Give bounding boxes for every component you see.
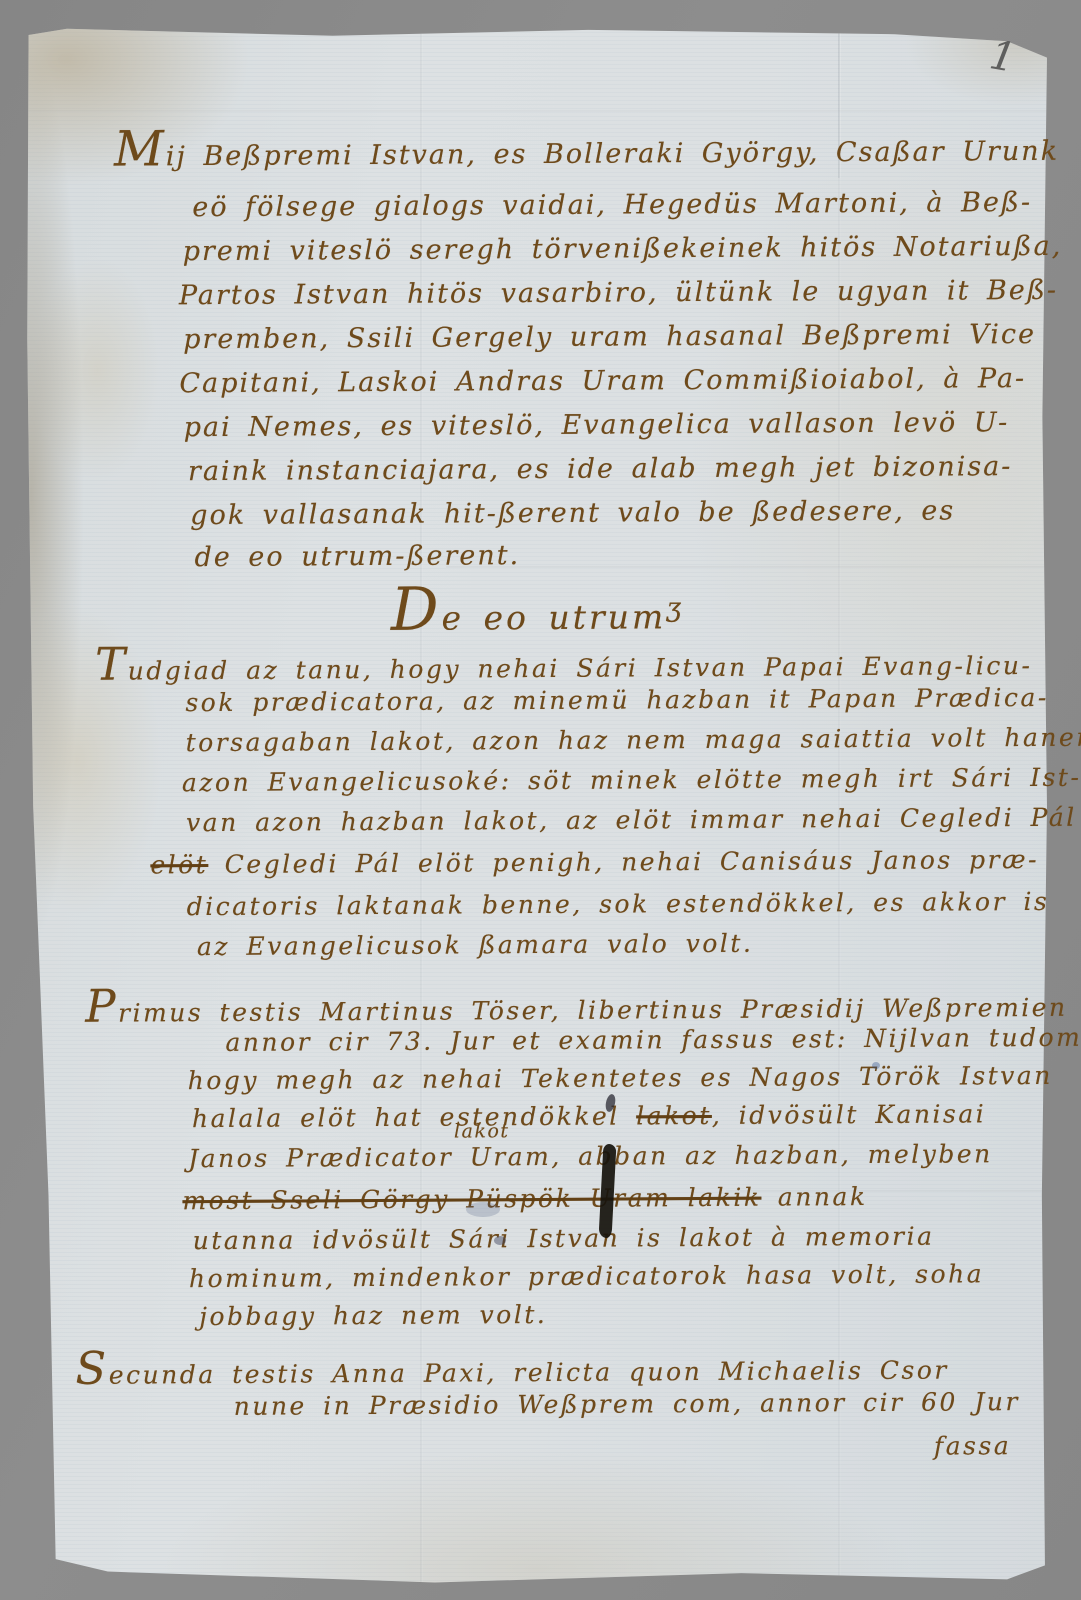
struck-text: elöt xyxy=(150,850,208,879)
heading-flourish: ʒ xyxy=(666,592,684,623)
line-text: jobbagy haz nem volt. xyxy=(199,1300,547,1331)
line-text: halala elöt hat estendökkel xyxy=(192,1101,636,1133)
manuscript-line: hogy megh az nehai Tekentetes es Nagos T… xyxy=(188,1063,1053,1093)
manuscript-line: most Sseli Görgy Püspök Uram lakik annak xyxy=(182,1184,867,1213)
manuscript-line: hominum, mindenkor prædicatorok hasa vol… xyxy=(189,1261,984,1291)
manuscript-line: gok vallasanak hit-ßerent valo be ßedese… xyxy=(190,497,955,529)
manuscript-line: fassa xyxy=(934,1433,1011,1458)
line-text: de eo utrum-ßerent. xyxy=(194,540,520,573)
manuscript-line: de eo utrum-ßerent. xyxy=(194,542,520,571)
manuscript-line: Partos Istvan hitös vasarbiro, ültünk le… xyxy=(179,277,1058,309)
line-text: sok prædicatora, az minemü hazban it Pap… xyxy=(185,683,1049,717)
line-text: van azon hazban lakot, az elöt immar neh… xyxy=(186,803,1077,837)
manuscript-line: utanna idvösült Sári Istvan is lakot à m… xyxy=(193,1224,935,1254)
manuscript-line: Primus testis Martinus Töser, libertinus… xyxy=(85,983,1068,1026)
line-text: Primus testis Martinus Töser, libertinus… xyxy=(85,993,1068,1028)
struck-text: most Sseli Görgy Püspök Uram lakik xyxy=(182,1183,761,1216)
manuscript-line: Mij Beßpremi Istvan, es Bolleraki György… xyxy=(114,125,1059,171)
interlinear-insertion: lakot xyxy=(454,1122,510,1141)
line-text: fassa xyxy=(934,1431,1011,1460)
line-text: Tudgiad az tanu, hogy nehai Sári Istvan … xyxy=(95,651,1032,686)
manuscript-line: torsagaban lakot, azon haz nem maga saia… xyxy=(186,725,1081,756)
line-text: raink instanciajara, es ide alab megh je… xyxy=(188,451,1013,487)
line-text: , idvösült Kanisai xyxy=(712,1099,987,1130)
line-text: annor cir 73. Jur et examin fassus est: … xyxy=(225,1023,1081,1057)
line-text: annak xyxy=(761,1182,867,1212)
line-text: Cegledi Pál elöt penigh, nehai Canisáus … xyxy=(208,845,1039,879)
line-text: dicatoris laktanak benne, sok estendökke… xyxy=(187,887,1050,921)
line-text: Capitani, Laskoi Andras Uram Commißioiab… xyxy=(179,363,1026,399)
line-text: Mij Beßpremi Istvan, es Bolleraki György… xyxy=(114,136,1059,173)
line-text: gok vallasanak hit-ßerent valo be ßedese… xyxy=(190,495,955,531)
line-text: azon Evangelicusoké: söt minek elötte me… xyxy=(182,763,1081,797)
struck-text: lakot xyxy=(636,1101,712,1130)
line-text: utanna idvösült Sári Istvan is lakot à m… xyxy=(193,1222,935,1256)
manuscript-line: halala elöt hat estendökkel lakot, idvös… xyxy=(192,1101,986,1131)
scan-backdrop: 1 Mij Beßpremi Istvan, es Bolleraki Györ… xyxy=(0,0,1081,1600)
manuscript-line: Secunda testis Anna Paxi, relicta quon M… xyxy=(75,1346,949,1388)
manuscript-line: azon Evangelicusoké: söt minek elötte me… xyxy=(182,765,1081,795)
heading-text: De eo utrum xyxy=(391,597,667,638)
manuscript-line: elöt Cegledi Pál elöt penigh, nehai Cani… xyxy=(150,847,1039,877)
manuscript-line: pai Nemes, es viteslö, Evangelica vallas… xyxy=(184,409,1010,441)
manuscript-line: annor cir 73. Jur et examin fassus est: … xyxy=(225,1025,1081,1055)
line-text: torsagaban lakot, azon haz nem maga saia… xyxy=(186,723,1081,758)
line-text: hogy megh az nehai Tekentetes es Nagos T… xyxy=(188,1061,1053,1095)
manuscript-line: Janos Prædicator Uram, abban az hazban, … xyxy=(188,1141,993,1171)
line-text: nune in Præsidio Weßprem com, annor cir … xyxy=(234,1387,1020,1421)
handwritten-text: Mij Beßpremi Istvan, es Bolleraki György… xyxy=(0,0,1081,1600)
manuscript-line: nune in Præsidio Weßprem com, annor cir … xyxy=(234,1389,1020,1419)
manuscript-line: jobbagy haz nem volt. xyxy=(199,1302,547,1329)
manuscript-line: dicatoris laktanak benne, sok estendökke… xyxy=(187,889,1050,919)
manuscript-line: premben, Ssili Gergely uram hasanal Beßp… xyxy=(183,321,1036,353)
line-text: lakot xyxy=(454,1120,510,1142)
line-text: az Evangelicusok ßamara valo volt. xyxy=(197,929,754,961)
manuscript-line: eö fölsege gialogs vaidai, Hegedüs Marto… xyxy=(192,189,1032,221)
manuscript-line: Capitani, Laskoi Andras Uram Commißioiab… xyxy=(179,365,1026,397)
line-text: Secunda testis Anna Paxi, relicta quon M… xyxy=(75,1356,949,1390)
line-text: Janos Prædicator Uram, abban az hazban, … xyxy=(188,1139,993,1173)
manuscript-line: premi viteslö seregh törvenißekeinek hit… xyxy=(183,233,1063,265)
manuscript-line: raink instanciajara, es ide alab megh je… xyxy=(188,453,1013,485)
line-text: pai Nemes, es viteslö, Evangelica vallas… xyxy=(184,407,1010,443)
line-text: premi viteslö seregh törvenißekeinek hit… xyxy=(183,231,1063,267)
line-text: eö fölsege gialogs vaidai, Hegedüs Marto… xyxy=(192,187,1032,223)
manuscript-line: Tudgiad az tanu, hogy nehai Sári Istvan … xyxy=(95,641,1032,684)
line-text: hominum, mindenkor prædicatorok hasa vol… xyxy=(189,1259,984,1293)
section-heading: De eo utrumʒ xyxy=(391,585,685,635)
manuscript-line: van azon hazban lakot, az elöt immar neh… xyxy=(186,805,1077,835)
manuscript-line: az Evangelicusok ßamara valo volt. xyxy=(197,931,754,959)
line-text: premben, Ssili Gergely uram hasanal Beßp… xyxy=(183,319,1036,355)
line-text: Partos Istvan hitös vasarbiro, ültünk le… xyxy=(179,275,1058,311)
manuscript-line: sok prædicatora, az minemü hazban it Pap… xyxy=(185,685,1049,715)
